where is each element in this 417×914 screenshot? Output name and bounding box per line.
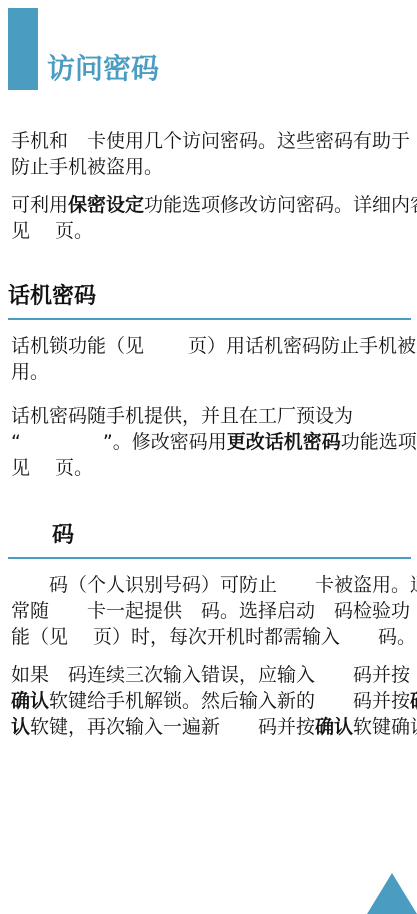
text-line: 可利用保密设定功能选项修改访问密码。详细内容，	[11, 192, 411, 218]
page-title: 访问密码	[47, 52, 159, 86]
menu-option-name: 更改话机密码	[227, 431, 341, 453]
pin-paragraph-2: 如果 码连续三次输入错误，应输入 码并按 确认软键给手机解锁。然后输入新的 码并…	[11, 662, 411, 740]
text-line: 确认软键给手机解锁。然后输入新的 码并按确	[11, 688, 411, 714]
text-run: 功能选项修改访问密码。详细内容，	[144, 194, 417, 216]
text-line: 防止手机被盗用。	[11, 154, 411, 180]
top-left-accent-bar	[8, 8, 38, 90]
menu-option-name: 保密设定	[68, 194, 144, 216]
text-line: 如果 码连续三次输入错误，应输入 码并按	[11, 662, 411, 688]
intro-paragraph-2: 可利用保密设定功能选项修改访问密码。详细内容， 见 页。	[11, 192, 411, 244]
text-run: 可利用	[11, 194, 68, 216]
text-run: 功能选项。	[341, 431, 417, 453]
text-line: 话机密码随手机提供，并且在工厂预设为	[11, 403, 411, 429]
text-line: 能（见 页）时，每次开机时都需输入 码。	[11, 624, 411, 650]
softkey-name: 确认	[11, 690, 49, 712]
softkey-name: 确	[410, 690, 417, 712]
softkey-name: 认	[11, 716, 30, 738]
text-run: 软键确认。	[353, 716, 417, 738]
phone-paragraph-2: 话机密码随手机提供，并且在工厂预设为 “ ”。修改密码用更改话机密码功能选项。 …	[11, 403, 411, 481]
softkey-name: 确认	[315, 716, 353, 738]
section-heading-phone-password: 话机密码	[8, 283, 411, 320]
phone-paragraph-1: 话机锁功能（见 页）用话机密码防止手机被盗 用。	[11, 333, 411, 385]
manual-page: 访问密码 手机和 卡使用几个访问密码。这些密码有助于 防止手机被盗用。 可利用保…	[0, 0, 417, 914]
text-line: “ ”。修改密码用更改话机密码功能选项。	[11, 429, 411, 455]
text-line: 认软键，再次输入一遍新 码并按确认软键确认。	[11, 714, 411, 740]
pin-paragraph-1: 码（个人识别号码）可防止 卡被盗用。通 常随 卡一起提供 码。选择启动 码检验功…	[11, 572, 411, 650]
intro-paragraph-1: 手机和 卡使用几个访问密码。这些密码有助于 防止手机被盗用。	[11, 128, 411, 180]
text-run: 软键给手机解锁。然后输入新的 码并按	[49, 690, 410, 712]
text-line: 码（个人识别号码）可防止 卡被盗用。通	[11, 572, 411, 598]
text-line: 话机锁功能（见 页）用话机密码防止手机被盗	[11, 333, 411, 359]
text-run: “ ”。修改密码用	[11, 431, 227, 453]
text-line: 见 页。	[11, 455, 411, 481]
text-line: 见 页。	[11, 218, 411, 244]
text-line: 常随 卡一起提供 码。选择启动 码检验功	[11, 598, 411, 624]
text-run: 软键，再次输入一遍新 码并按	[30, 716, 315, 738]
page-corner-triangle-icon	[367, 873, 417, 914]
text-line: 手机和 卡使用几个访问密码。这些密码有助于	[11, 128, 411, 154]
section-heading-pin-code: 码	[8, 522, 411, 559]
text-line: 用。	[11, 359, 411, 385]
